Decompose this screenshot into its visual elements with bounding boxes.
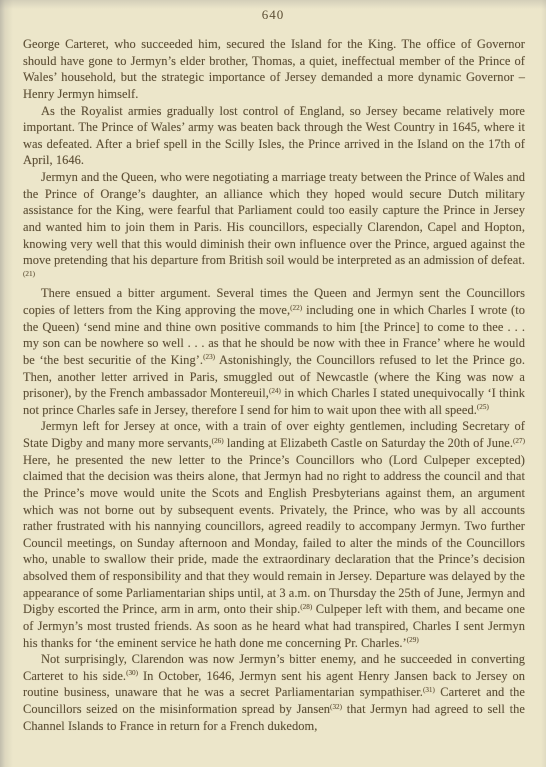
paragraph-text: George Carteret, who succeeded him, secu… xyxy=(23,37,525,101)
paragraph: There ensued a bitter argument. Several … xyxy=(23,285,525,418)
footnote-marker: (23) xyxy=(203,353,215,361)
paragraph-text: Here, he presented the new letter to the… xyxy=(23,453,525,617)
footnote-marker: (29) xyxy=(407,636,419,644)
page-number: 640 xyxy=(0,7,546,23)
paragraph: George Carteret, who succeeded him, secu… xyxy=(23,36,525,103)
paragraph-text: As the Royalist armies gradually lost co… xyxy=(23,104,525,168)
paragraph: As the Royalist armies gradually lost co… xyxy=(23,103,525,170)
footnote-marker: (32) xyxy=(330,703,342,711)
footnote-marker: (28) xyxy=(300,603,312,611)
footnote-marker: (21) xyxy=(23,270,35,278)
footnote-marker: (27) xyxy=(513,437,525,445)
footnote-marker: (30) xyxy=(126,669,138,677)
footnote-marker: (25) xyxy=(477,403,489,411)
paragraph-text: Jermyn and the Queen, who were negotiati… xyxy=(23,170,525,267)
footnote-marker: (24) xyxy=(269,387,281,395)
paragraph: Jermyn left for Jersey at once, with a t… xyxy=(23,418,525,651)
page-body: George Carteret, who succeeded him, secu… xyxy=(23,36,525,734)
paragraph: Not surprisingly, Clarendon was now Jerm… xyxy=(23,651,525,734)
paragraph: Jermyn and the Queen, who were negotiati… xyxy=(23,169,525,285)
footnote-marker: (22) xyxy=(290,304,302,312)
book-page: 640 George Carteret, who succeeded him, … xyxy=(0,0,546,767)
footnote-marker: (26) xyxy=(212,437,224,445)
footnote-marker: (31) xyxy=(423,686,435,694)
paragraph-text: landing at Elizabeth Castle on Saturday … xyxy=(224,436,513,450)
